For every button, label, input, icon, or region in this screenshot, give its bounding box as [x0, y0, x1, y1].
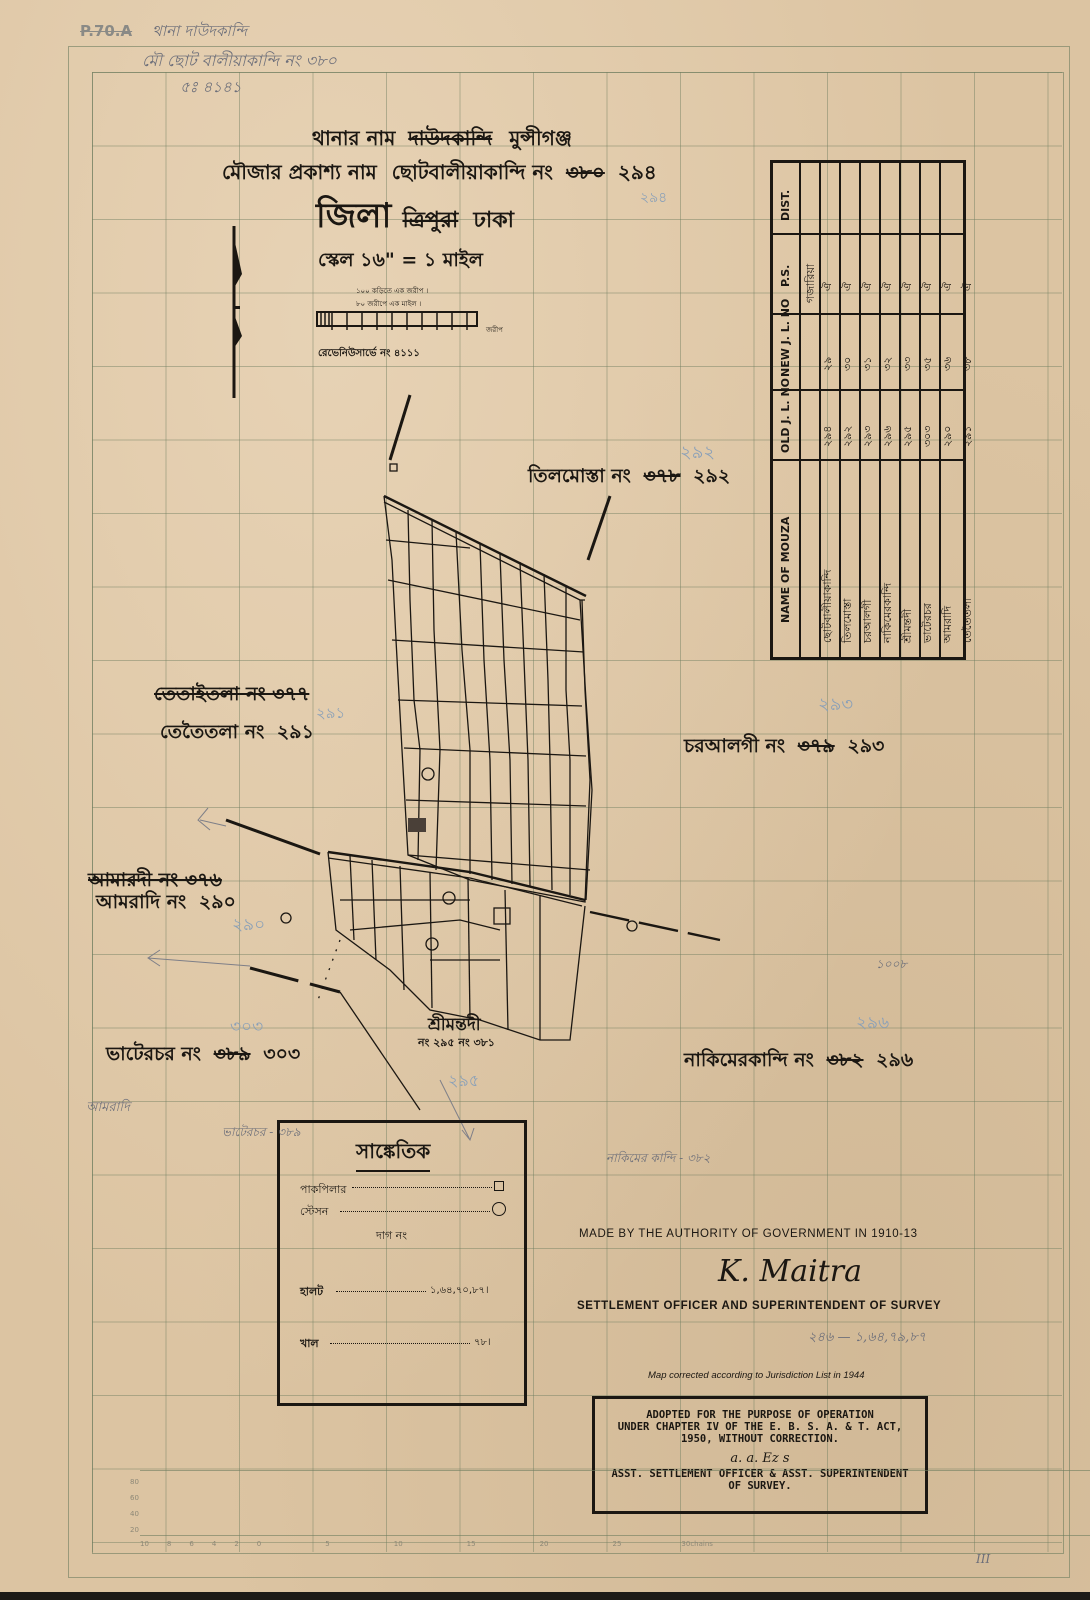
halot-value: ১,৬৪,৭০,৮৭। [430, 1283, 489, 1300]
legend-title: সাঙ্কেতিক [356, 1137, 430, 1172]
authority-statement: MADE BY THE AUTHORITY OF GOVERNMENT IN 1… [579, 1228, 918, 1240]
pencil-note: ১০০৮ [876, 956, 907, 976]
cadastral-map [0, 0, 1090, 1200]
stamp-line: 1950, WITHOUT CORRECTION. [595, 1433, 925, 1445]
officer-signature: K. Maitra [718, 1254, 862, 1289]
pencil-note: ভাটেরচর - ৩৮৯ [222, 1124, 301, 1144]
legend-item-label: পাকপিলার [300, 1181, 346, 1200]
diagonal-scale [140, 1470, 1090, 1536]
map-sheet: P.70.A থানা দাউদকান্দি মৌ ছোট বালীয়াকান… [0, 0, 1090, 1592]
khal-value: ৭৮। [474, 1335, 491, 1352]
scale-x-ticks: 108642051015202530chains [140, 1540, 713, 1548]
khal-label: খাল [300, 1335, 319, 1354]
scale-y-ticks: 80 60 40 20 [130, 1474, 139, 1538]
legend-item-label: স্টেসন [300, 1203, 328, 1222]
pencil-note: নাকিমের কান্দি - ৩৮২ [606, 1150, 710, 1170]
officer-title: SETTLEMENT OFFICER AND SUPERINTENDENT OF… [577, 1300, 941, 1312]
pencil-note: আমরাদি [86, 1098, 130, 1119]
stamp-line: UNDER CHAPTER IV OF THE E. B. S. A. & T.… [595, 1421, 925, 1433]
stamp-line: ADOPTED FOR THE PURPOSE OF OPERATION [595, 1409, 925, 1421]
correction-note: Map corrected according to Jurisdiction … [648, 1370, 865, 1381]
legend-box: সাঙ্কেতিক পাকপিলার স্টেসন দাগ নং হালট ১,… [277, 1120, 527, 1406]
dag-label: দাগ নং [376, 1227, 407, 1246]
pencil-note: III [976, 1552, 990, 1566]
halot-label: হালট [300, 1283, 323, 1302]
pillar-symbol-icon [494, 1181, 504, 1191]
pencil-note: ২৪৬ — ১,৬৪,৭৯,৮৭ [808, 1328, 926, 1349]
station-symbol-icon [492, 1202, 506, 1216]
stamp-signature: a. a. Ez s [595, 1451, 925, 1466]
